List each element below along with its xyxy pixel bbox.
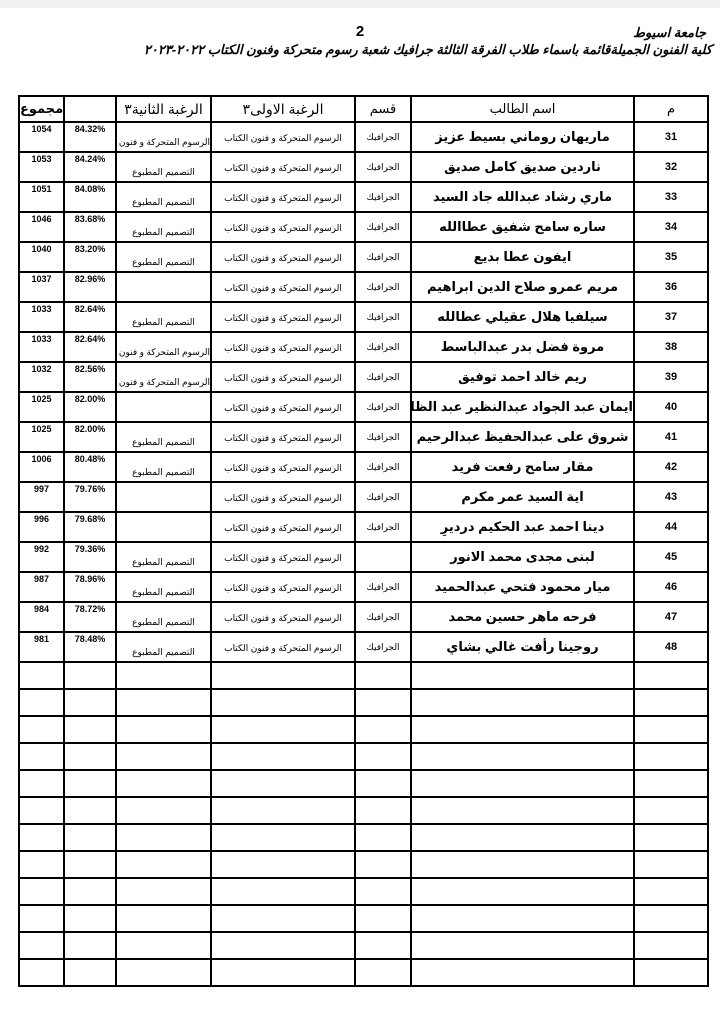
- total-cell: 1051: [19, 182, 64, 212]
- second-preference-cell: التصميم المطبوع: [116, 152, 211, 182]
- department-cell: الجرافيك: [355, 272, 411, 302]
- total-cell: 1006: [19, 452, 64, 482]
- second-preference-text: الرسوم المتحركة و فنون الكتاب: [116, 377, 210, 388]
- empty-cell: [411, 662, 634, 689]
- table-row: 99779.76%الرسوم المتحركة و فنون الكتابال…: [19, 482, 708, 512]
- empty-cell: [411, 959, 634, 986]
- second-preference-cell: التصميم المطبوع: [116, 632, 211, 662]
- row-number-cell: 34: [634, 212, 708, 242]
- percent-cell: 78.96%: [64, 572, 116, 602]
- empty-cell: [411, 743, 634, 770]
- total-cell: 1033: [19, 302, 64, 332]
- second-preference-cell: الرسوم المتحركة و فنون الكتاب: [116, 332, 211, 362]
- row-number-cell: 33: [634, 182, 708, 212]
- document-title: كلية الفنون الجميلةقائمة باسماء طلاب الف…: [144, 42, 712, 58]
- first-preference-cell: الرسوم المتحركة و فنون الكتاب: [211, 332, 355, 362]
- department-cell: الجرافيك: [355, 182, 411, 212]
- empty-cell: [116, 905, 211, 932]
- table-row: 103282.56%الرسوم المتحركة و فنون الكتابا…: [19, 362, 708, 392]
- empty-cell: [116, 770, 211, 797]
- empty-cell: [211, 716, 355, 743]
- empty-cell: [116, 878, 211, 905]
- empty-cell: [211, 959, 355, 986]
- empty-cell: [211, 662, 355, 689]
- total-cell: 992: [19, 542, 64, 572]
- second-preference-cell: التصميم المطبوع: [116, 572, 211, 602]
- empty-cell: [19, 932, 64, 959]
- table-row: 104083.20%التصميم المطبوعالرسوم المتحركة…: [19, 242, 708, 272]
- department-cell: الجرافيك: [355, 482, 411, 512]
- row-number-cell: 48: [634, 632, 708, 662]
- empty-cell: [634, 797, 708, 824]
- empty-cell: [211, 689, 355, 716]
- empty-cell: [116, 851, 211, 878]
- empty-cell: [634, 824, 708, 851]
- department-cell: [355, 542, 411, 572]
- second-preference-cell: الرسوم المتحركة و فنون الكتاب: [116, 362, 211, 392]
- empty-cell: [355, 824, 411, 851]
- second-preference-cell: التصميم المطبوع: [116, 242, 211, 272]
- empty-table-row: [19, 689, 708, 716]
- first-preference-cell: الرسوم المتحركة و فنون الكتاب: [211, 602, 355, 632]
- column-header-number: م: [634, 96, 708, 122]
- university-name: جامعة اسيوط: [633, 25, 706, 41]
- department-cell: الجرافيك: [355, 602, 411, 632]
- department-cell: الجرافيك: [355, 632, 411, 662]
- first-preference-cell: الرسوم المتحركة و فنون الكتاب: [211, 182, 355, 212]
- table-row: 105384.24%التصميم المطبوعالرسوم المتحركة…: [19, 152, 708, 182]
- students-table: مجموع الرغبة الثانية٣ الرغبة الاولى٣ قسم…: [18, 95, 709, 987]
- student-name-cell: ماريهان روماني بسيط عزيز: [411, 122, 634, 152]
- empty-cell: [116, 743, 211, 770]
- empty-table-row: [19, 932, 708, 959]
- student-name-cell: مريم عمرو صلاح الدين ابراهيم: [411, 272, 634, 302]
- empty-cell: [634, 959, 708, 986]
- empty-cell: [634, 932, 708, 959]
- student-name-cell: ريم خالد احمد توفيق: [411, 362, 634, 392]
- second-preference-cell: [116, 482, 211, 512]
- percent-cell: 84.24%: [64, 152, 116, 182]
- department-cell: الجرافيك: [355, 422, 411, 452]
- empty-cell: [19, 662, 64, 689]
- row-number-cell: 39: [634, 362, 708, 392]
- table-row: 102582.00%الرسوم المتحركة و فنون الكتابا…: [19, 392, 708, 422]
- percent-cell: 84.32%: [64, 122, 116, 152]
- empty-table-row: [19, 878, 708, 905]
- student-name-cell: ساره سامح شفيق عطاالله: [411, 212, 634, 242]
- first-preference-cell: الرسوم المتحركة و فنون الكتاب: [211, 272, 355, 302]
- percent-cell: 78.48%: [64, 632, 116, 662]
- percent-cell: 84.08%: [64, 182, 116, 212]
- empty-cell: [64, 932, 116, 959]
- empty-table-row: [19, 797, 708, 824]
- second-preference-cell: التصميم المطبوع: [116, 212, 211, 242]
- second-preference-cell: التصميم المطبوع: [116, 452, 211, 482]
- department-cell: الجرافيك: [355, 212, 411, 242]
- total-cell: 997: [19, 482, 64, 512]
- empty-cell: [211, 878, 355, 905]
- empty-cell: [355, 689, 411, 716]
- empty-cell: [211, 932, 355, 959]
- first-preference-cell: الرسوم المتحركة و فنون الكتاب: [211, 152, 355, 182]
- empty-cell: [634, 878, 708, 905]
- empty-cell: [634, 662, 708, 689]
- percent-cell: 82.64%: [64, 302, 116, 332]
- column-header-percent: [64, 96, 116, 122]
- empty-cell: [634, 743, 708, 770]
- empty-cell: [19, 851, 64, 878]
- empty-cell: [211, 905, 355, 932]
- student-name-cell: ايفون عطا بديع: [411, 242, 634, 272]
- first-preference-cell: الرسوم المتحركة و فنون الكتاب: [211, 632, 355, 662]
- percent-cell: 82.00%: [64, 422, 116, 452]
- percent-cell: 83.68%: [64, 212, 116, 242]
- total-cell: 1053: [19, 152, 64, 182]
- percent-cell: 79.76%: [64, 482, 116, 512]
- table-row: 105484.32%الرسوم المتحركة و فنون الكتابا…: [19, 122, 708, 152]
- row-number-cell: 37: [634, 302, 708, 332]
- empty-cell: [355, 797, 411, 824]
- empty-cell: [411, 851, 634, 878]
- department-cell: الجرافيك: [355, 332, 411, 362]
- empty-cell: [64, 662, 116, 689]
- second-preference-text: الرسوم المتحركة و فنون الكتاب: [116, 347, 210, 358]
- first-preference-cell: الرسوم المتحركة و فنون الكتاب: [211, 362, 355, 392]
- column-header-first-preference: الرغبة الاولى٣: [211, 96, 355, 122]
- row-number-cell: 40: [634, 392, 708, 422]
- second-preference-cell: [116, 392, 211, 422]
- total-cell: 1054: [19, 122, 64, 152]
- empty-cell: [411, 932, 634, 959]
- total-cell: 981: [19, 632, 64, 662]
- empty-cell: [211, 797, 355, 824]
- row-number-cell: 43: [634, 482, 708, 512]
- table-row: 100680.48%التصميم المطبوعالرسوم المتحركة…: [19, 452, 708, 482]
- empty-cell: [411, 824, 634, 851]
- empty-table-row: [19, 905, 708, 932]
- row-number-cell: 46: [634, 572, 708, 602]
- department-cell: الجرافيك: [355, 122, 411, 152]
- percent-cell: 82.96%: [64, 272, 116, 302]
- student-name-cell: ميار محمود فتحي عبدالحميد: [411, 572, 634, 602]
- table-row: 99279.36%التصميم المطبوعالرسوم المتحركة …: [19, 542, 708, 572]
- table-row: 103382.64%التصميم المطبوعالرسوم المتحركة…: [19, 302, 708, 332]
- empty-table-row: [19, 770, 708, 797]
- row-number-cell: 31: [634, 122, 708, 152]
- department-cell: الجرافيك: [355, 572, 411, 602]
- department-cell: الجرافيك: [355, 242, 411, 272]
- total-cell: 1033: [19, 332, 64, 362]
- empty-cell: [211, 851, 355, 878]
- empty-cell: [19, 770, 64, 797]
- student-name-cell: سيلفيا هلال عقيلي عطالله: [411, 302, 634, 332]
- total-cell: 1025: [19, 392, 64, 422]
- row-number-cell: 35: [634, 242, 708, 272]
- empty-cell: [355, 878, 411, 905]
- second-preference-cell: التصميم المطبوع: [116, 182, 211, 212]
- empty-cell: [116, 959, 211, 986]
- percent-cell: 79.36%: [64, 542, 116, 572]
- empty-cell: [64, 689, 116, 716]
- empty-cell: [116, 797, 211, 824]
- empty-cell: [116, 716, 211, 743]
- first-preference-cell: الرسوم المتحركة و فنون الكتاب: [211, 212, 355, 242]
- department-cell: الجرافيك: [355, 512, 411, 542]
- empty-cell: [355, 770, 411, 797]
- first-preference-cell: الرسوم المتحركة و فنون الكتاب: [211, 122, 355, 152]
- second-preference-cell: الرسوم المتحركة و فنون الكتاب: [116, 122, 211, 152]
- empty-cell: [355, 662, 411, 689]
- percent-cell: 82.00%: [64, 392, 116, 422]
- total-cell: 1046: [19, 212, 64, 242]
- percent-cell: 80.48%: [64, 452, 116, 482]
- percent-cell: 82.56%: [64, 362, 116, 392]
- total-cell: 1037: [19, 272, 64, 302]
- total-cell: 1032: [19, 362, 64, 392]
- row-number-cell: 45: [634, 542, 708, 572]
- empty-cell: [64, 905, 116, 932]
- first-preference-cell: الرسوم المتحركة و فنون الكتاب: [211, 422, 355, 452]
- student-name-cell: شروق على عبدالحفيظ عبدالرحيم: [411, 422, 634, 452]
- table-header-row: مجموع الرغبة الثانية٣ الرغبة الاولى٣ قسم…: [19, 96, 708, 122]
- table-row: 103782.96%الرسوم المتحركة و فنون الكتابا…: [19, 272, 708, 302]
- row-number-cell: 32: [634, 152, 708, 182]
- total-cell: 1025: [19, 422, 64, 452]
- table-row: 105184.08%التصميم المطبوعالرسوم المتحركة…: [19, 182, 708, 212]
- empty-cell: [19, 959, 64, 986]
- empty-cell: [64, 770, 116, 797]
- student-name-cell: دينا احمد عبد الحكيم درديرِ: [411, 512, 634, 542]
- student-name-cell: مروة فضل بدر عبدالباسط: [411, 332, 634, 362]
- top-bar: [0, 0, 720, 8]
- empty-cell: [411, 716, 634, 743]
- empty-cell: [411, 770, 634, 797]
- second-preference-cell: التصميم المطبوع: [116, 602, 211, 632]
- empty-cell: [19, 905, 64, 932]
- column-header-total: مجموع: [19, 96, 64, 122]
- first-preference-cell: الرسوم المتحركة و فنون الكتاب: [211, 302, 355, 332]
- column-header-second-preference: الرغبة الثانية٣: [116, 96, 211, 122]
- column-header-student-name: اسم الطالب: [411, 96, 634, 122]
- empty-cell: [211, 743, 355, 770]
- empty-cell: [64, 824, 116, 851]
- empty-cell: [116, 824, 211, 851]
- total-cell: 987: [19, 572, 64, 602]
- empty-cell: [634, 770, 708, 797]
- empty-cell: [634, 905, 708, 932]
- first-preference-cell: الرسوم المتحركة و فنون الكتاب: [211, 482, 355, 512]
- row-number-cell: 41: [634, 422, 708, 452]
- first-preference-cell: الرسوم المتحركة و فنون الكتاب: [211, 542, 355, 572]
- first-preference-cell: الرسوم المتحركة و فنون الكتاب: [211, 512, 355, 542]
- row-number-cell: 47: [634, 602, 708, 632]
- second-preference-cell: [116, 512, 211, 542]
- empty-table-row: [19, 716, 708, 743]
- second-preference-cell: [116, 272, 211, 302]
- empty-cell: [634, 689, 708, 716]
- table-row: 99679.68%الرسوم المتحركة و فنون الكتابال…: [19, 512, 708, 542]
- empty-cell: [116, 689, 211, 716]
- percent-cell: 79.68%: [64, 512, 116, 542]
- empty-cell: [355, 716, 411, 743]
- table-row: 98478.72%التصميم المطبوعالرسوم المتحركة …: [19, 602, 708, 632]
- empty-cell: [19, 878, 64, 905]
- empty-cell: [355, 932, 411, 959]
- empty-cell: [355, 851, 411, 878]
- empty-cell: [64, 851, 116, 878]
- empty-table-row: [19, 851, 708, 878]
- department-cell: الجرافيك: [355, 452, 411, 482]
- student-name-cell: ايمان عبد الجواد عبدالنظير عبد الظاهر: [411, 392, 634, 422]
- empty-cell: [64, 743, 116, 770]
- percent-cell: 78.72%: [64, 602, 116, 632]
- empty-cell: [19, 743, 64, 770]
- row-number-cell: 38: [634, 332, 708, 362]
- empty-cell: [211, 770, 355, 797]
- first-preference-cell: الرسوم المتحركة و فنون الكتاب: [211, 452, 355, 482]
- first-preference-cell: الرسوم المتحركة و فنون الكتاب: [211, 392, 355, 422]
- second-preference-text: الرسوم المتحركة و فنون الكتاب: [116, 137, 210, 148]
- empty-table-row: [19, 662, 708, 689]
- empty-cell: [116, 662, 211, 689]
- empty-cell: [116, 932, 211, 959]
- student-name-cell: اية السيد عمر مكرم: [411, 482, 634, 512]
- total-cell: 996: [19, 512, 64, 542]
- empty-cell: [64, 797, 116, 824]
- student-name-cell: لبنى مجدى محمد الانور: [411, 542, 634, 572]
- table-row: 104683.68%التصميم المطبوعالرسوم المتحركة…: [19, 212, 708, 242]
- empty-cell: [19, 824, 64, 851]
- row-number-cell: 44: [634, 512, 708, 542]
- department-cell: الجرافيك: [355, 392, 411, 422]
- first-preference-cell: الرسوم المتحركة و فنون الكتاب: [211, 242, 355, 272]
- empty-table-row: [19, 959, 708, 986]
- student-name-cell: روجينا رأفت غالي بشاي: [411, 632, 634, 662]
- second-preference-cell: التصميم المطبوع: [116, 302, 211, 332]
- second-preference-cell: التصميم المطبوع: [116, 422, 211, 452]
- second-preference-cell: التصميم المطبوع: [116, 542, 211, 572]
- percent-cell: 83.20%: [64, 242, 116, 272]
- empty-cell: [64, 959, 116, 986]
- first-preference-cell: الرسوم المتحركة و فنون الكتاب: [211, 572, 355, 602]
- empty-cell: [411, 905, 634, 932]
- table-row: 98778.96%التصميم المطبوعالرسوم المتحركة …: [19, 572, 708, 602]
- empty-cell: [355, 959, 411, 986]
- empty-table-row: [19, 743, 708, 770]
- percent-cell: 82.64%: [64, 332, 116, 362]
- empty-cell: [64, 878, 116, 905]
- empty-cell: [411, 689, 634, 716]
- empty-cell: [19, 689, 64, 716]
- page-number: 2: [0, 24, 720, 40]
- row-number-cell: 36: [634, 272, 708, 302]
- student-name-cell: ماري رشاد عبدالله جاد السيد: [411, 182, 634, 212]
- department-cell: الجرافيك: [355, 302, 411, 332]
- table-row: 103382.64%الرسوم المتحركة و فنون الكتابا…: [19, 332, 708, 362]
- row-number-cell: 42: [634, 452, 708, 482]
- column-header-department: قسم: [355, 96, 411, 122]
- table-row: 102582.00%التصميم المطبوعالرسوم المتحركة…: [19, 422, 708, 452]
- empty-table-row: [19, 824, 708, 851]
- student-name-cell: فرحه ماهر حسين محمد: [411, 602, 634, 632]
- student-name-cell: ناردين صديق كامل صديق: [411, 152, 634, 182]
- department-cell: الجرافيك: [355, 152, 411, 182]
- empty-cell: [211, 824, 355, 851]
- empty-cell: [634, 851, 708, 878]
- student-name-cell: مقار سامح رفعت فريد: [411, 452, 634, 482]
- empty-cell: [411, 797, 634, 824]
- empty-cell: [355, 905, 411, 932]
- total-cell: 984: [19, 602, 64, 632]
- empty-cell: [64, 716, 116, 743]
- empty-cell: [19, 716, 64, 743]
- empty-cell: [411, 878, 634, 905]
- table-row: 98178.48%التصميم المطبوعالرسوم المتحركة …: [19, 632, 708, 662]
- total-cell: 1040: [19, 242, 64, 272]
- department-cell: الجرافيك: [355, 362, 411, 392]
- empty-cell: [355, 743, 411, 770]
- empty-cell: [634, 716, 708, 743]
- empty-cell: [19, 797, 64, 824]
